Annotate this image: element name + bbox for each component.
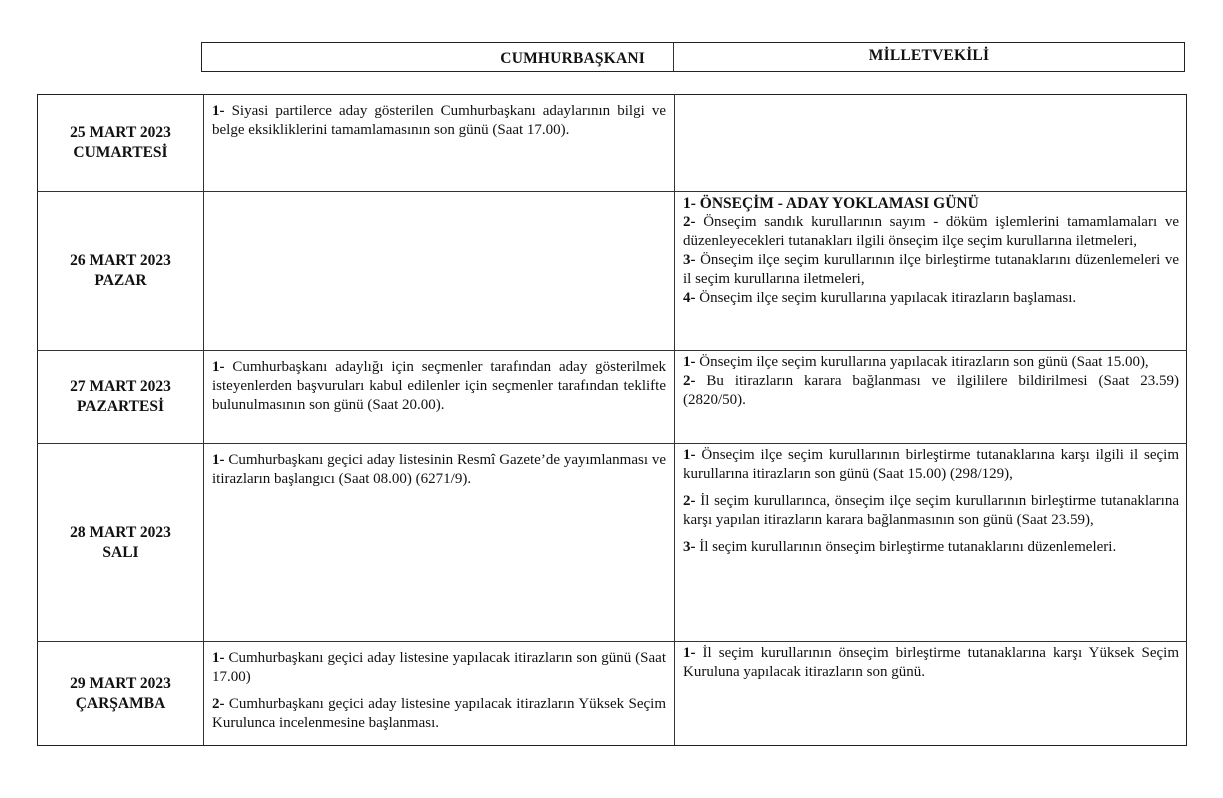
table-row: 25 MART 2023 CUMARTESİ 1- Siyasi partile… — [38, 95, 1187, 192]
calendar-item: 2- İl seçim kurullarınca, önseçim ilçe s… — [683, 492, 1179, 530]
header-cumhurbaskani: CUMHURBAŞKANI — [202, 43, 674, 71]
item-text: Önseçim ilçe seçim kurullarına yapılacak… — [696, 354, 1149, 370]
item-number: 1- — [212, 103, 225, 119]
cumhurbaskani-cell: 1- Cumhurbaşkanı geçici aday listesinin … — [204, 444, 675, 642]
day-text: PAZARTESİ — [39, 397, 202, 417]
item-text: Siyasi partilerce aday gösterilen Cumhur… — [212, 103, 666, 138]
item-number: 1- — [212, 359, 225, 375]
item-text: İl seçim kurullarının önseçim birleştirm… — [683, 645, 1179, 680]
milletvekili-cell: 1- Önseçim ilçe seçim kurullarına yapıla… — [675, 351, 1187, 444]
item-number: 1- — [683, 195, 696, 212]
item-number: 3- — [683, 252, 696, 268]
calendar-item: 2- Cumhurbaşkanı geçici aday listesine y… — [212, 695, 666, 733]
election-calendar-table: 25 MART 2023 CUMARTESİ 1- Siyasi partile… — [37, 94, 1187, 746]
date-text: 27 MART 2023 — [39, 377, 202, 397]
item-number: 4- — [683, 290, 696, 306]
item-text: ÖNSEÇİM - ADAY YOKLAMASI GÜNÜ — [696, 195, 979, 212]
item-text: Önseçim ilçe seçim kurullarının ilçe bir… — [683, 252, 1179, 287]
table-row: 27 MART 2023 PAZARTESİ 1- Cumhurbaşkanı … — [38, 351, 1187, 444]
milletvekili-cell: 1- İl seçim kurullarının önseçim birleşt… — [675, 642, 1187, 746]
calendar-item: 1- Cumhurbaşkanı geçici aday listesinin … — [212, 451, 666, 489]
item-text: Önseçim sandık kurullarının sayım - dökü… — [683, 214, 1179, 249]
item-number: 1- — [212, 650, 225, 666]
cumhurbaskani-cell — [204, 192, 675, 351]
item-number: 2- — [683, 373, 696, 389]
calendar-item: 1- ÖNSEÇİM - ADAY YOKLAMASI GÜNÜ — [683, 194, 1179, 213]
item-text: Cumhurbaşkanı geçici aday listesine yapı… — [212, 696, 666, 731]
table-row: 28 MART 2023 SALI 1- Cumhurbaşkanı geçic… — [38, 444, 1187, 642]
milletvekili-cell: 1- ÖNSEÇİM - ADAY YOKLAMASI GÜNÜ2- Önseç… — [675, 192, 1187, 351]
calendar-item: 1- Önseçim ilçe seçim kurullarına yapıla… — [683, 353, 1179, 372]
calendar-item: 1- İl seçim kurullarının önseçim birleşt… — [683, 644, 1179, 682]
day-text: ÇARŞAMBA — [39, 694, 202, 714]
date-cell: 25 MART 2023 CUMARTESİ — [38, 95, 204, 192]
item-number: 1- — [683, 645, 696, 661]
day-text: SALI — [39, 543, 202, 563]
milletvekili-cell: 1- Önseçim ilçe seçim kurullarının birle… — [675, 444, 1187, 642]
calendar-item: 1- Cumhurbaşkanı adaylığı için seçmenler… — [212, 358, 666, 415]
calendar-item: 3- Önseçim ilçe seçim kurullarının ilçe … — [683, 251, 1179, 289]
item-number: 2- — [683, 214, 696, 230]
item-number: 2- — [212, 696, 225, 712]
item-text: Cumhurbaşkanı adaylığı için seçmenler ta… — [212, 359, 666, 413]
item-number: 2- — [683, 493, 696, 509]
date-text: 28 MART 2023 — [39, 523, 202, 543]
calendar-item: 1- Önseçim ilçe seçim kurullarının birle… — [683, 446, 1179, 484]
calendar-item: 4- Önseçim ilçe seçim kurullarına yapıla… — [683, 289, 1179, 308]
column-header: CUMHURBAŞKANI MİLLETVEKİLİ — [201, 42, 1185, 72]
header-milletvekili: MİLLETVEKİLİ — [674, 43, 1184, 71]
milletvekili-cell — [675, 95, 1187, 192]
calendar-item: 2- Önseçim sandık kurullarının sayım - d… — [683, 213, 1179, 251]
cumhurbaskani-cell: 1- Cumhurbaşkanı adaylığı için seçmenler… — [204, 351, 675, 444]
calendar-item: 3- İl seçim kurullarının önseçim birleşt… — [683, 538, 1179, 557]
item-text: İl seçim kurullarınca, önseçim ilçe seçi… — [683, 493, 1179, 528]
item-number: 3- — [683, 539, 696, 555]
date-cell: 28 MART 2023 SALI — [38, 444, 204, 642]
item-text: Bu itirazların karara bağlanması ve ilgi… — [683, 373, 1179, 408]
table-row: 29 MART 2023 ÇARŞAMBA 1- Cumhurbaşkanı g… — [38, 642, 1187, 746]
item-text: İl seçim kurullarının önseçim birleştirm… — [696, 539, 1117, 555]
item-number: 1- — [683, 354, 696, 370]
item-number: 1- — [683, 447, 696, 463]
date-cell: 26 MART 2023 PAZAR — [38, 192, 204, 351]
item-text: Cumhurbaşkanı geçici aday listesine yapı… — [212, 650, 666, 685]
date-text: 26 MART 2023 — [39, 251, 202, 271]
calendar-item: 1- Siyasi partilerce aday gösterilen Cum… — [212, 102, 666, 140]
cumhurbaskani-cell: 1- Siyasi partilerce aday gösterilen Cum… — [204, 95, 675, 192]
date-cell: 29 MART 2023 ÇARŞAMBA — [38, 642, 204, 746]
cumhurbaskani-cell: 1- Cumhurbaşkanı geçici aday listesine y… — [204, 642, 675, 746]
calendar-item: 1- Cumhurbaşkanı geçici aday listesine y… — [212, 649, 666, 687]
date-cell: 27 MART 2023 PAZARTESİ — [38, 351, 204, 444]
item-text: Önseçim ilçe seçim kurullarının birleşti… — [683, 447, 1179, 482]
item-text: Önseçim ilçe seçim kurullarına yapılacak… — [696, 290, 1077, 306]
item-text: Cumhurbaşkanı geçici aday listesinin Res… — [212, 452, 666, 487]
calendar-item: 2- Bu itirazların karara bağlanması ve i… — [683, 372, 1179, 410]
date-text: 29 MART 2023 — [39, 674, 202, 694]
day-text: PAZAR — [39, 271, 202, 291]
table-row: 26 MART 2023 PAZAR 1- ÖNSEÇİM - ADAY YOK… — [38, 192, 1187, 351]
date-text: 25 MART 2023 — [39, 123, 202, 143]
day-text: CUMARTESİ — [39, 143, 202, 163]
item-number: 1- — [212, 452, 225, 468]
